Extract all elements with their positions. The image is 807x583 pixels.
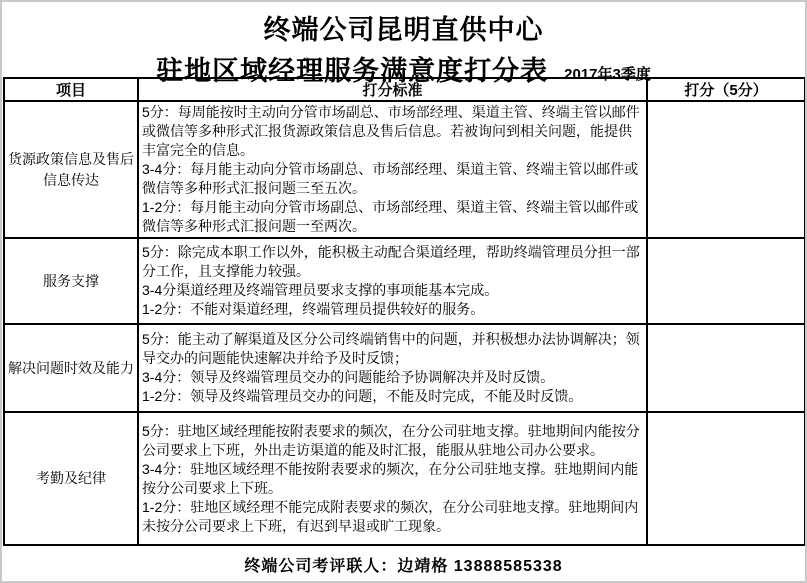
table-row: 服务支撑 5分：除完成本职工作以外，能积极主动配合渠道经理，帮助终端管理员分担一… bbox=[4, 238, 805, 324]
criteria-line: 5分：除完成本职工作以外，能积极主动配合渠道经理，帮助终端管理员分担一部分工作，… bbox=[142, 243, 643, 281]
item-label: 解决问题时效及能力 bbox=[4, 324, 138, 412]
score-input-cell[interactable] bbox=[647, 238, 805, 324]
criteria-line: 1-2分：每月能主动向分管市场副总、市场部经理、渠道主管、终端主管以邮件或微信等… bbox=[142, 198, 643, 236]
criteria-line: 1-2分：不能对渠道经理，终端管理员提供较好的服务。 bbox=[142, 300, 643, 319]
score-table: 项目 打分标准 打分（5分） 货源政策信息及售后信息传达 5分：每周能按时主动向… bbox=[3, 77, 806, 546]
item-label: 货源政策信息及售后信息传达 bbox=[4, 101, 138, 238]
table-row: 货源政策信息及售后信息传达 5分：每周能按时主动向分管市场副总、市场部经理、渠道… bbox=[4, 101, 805, 238]
criteria-line: 3-4分：领导及终端管理员交办的问题能给予协调解决并及时反馈。 bbox=[142, 368, 643, 387]
page-title-line2: 驻地区域经理服务满意度打分表 bbox=[156, 49, 548, 88]
score-input-cell[interactable] bbox=[647, 324, 805, 412]
item-label: 考勤及纪律 bbox=[4, 412, 138, 545]
criteria-line: 5分：每周能按时主动向分管市场副总、市场部经理、渠道主管、终端主管以邮件或微信等… bbox=[142, 103, 643, 160]
header-item: 项目 bbox=[4, 78, 138, 101]
header-row: 项目 打分标准 打分（5分） bbox=[4, 78, 805, 101]
table-row: 解决问题时效及能力 5分：能主动了解渠道及区分公司终端销售中的问题，并积极想办法… bbox=[4, 324, 805, 412]
criteria-cell: 5分：驻地区域经理能按附表要求的频次，在分公司驻地支撑。驻地期间内能按分公司要求… bbox=[138, 412, 647, 545]
header-score: 打分（5分） bbox=[647, 78, 805, 101]
document-page: 终端公司昆明直供中心 驻地区域经理服务满意度打分表 2017年3季度 项目 打分… bbox=[0, 0, 807, 583]
page-title-line1: 终端公司昆明直供中心 bbox=[2, 2, 805, 47]
criteria-cell: 5分：能主动了解渠道及区分公司终端销售中的问题，并积极想办法协调解决；领导交办的… bbox=[138, 324, 647, 412]
criteria-line: 3-4分：每月能主动向分管市场副总、市场部经理、渠道主管、终端主管以邮件或微信等… bbox=[142, 160, 643, 198]
score-input-cell[interactable] bbox=[647, 101, 805, 238]
evaluator-contact: 终端公司考评联人：边靖格 13888585338 bbox=[244, 553, 562, 576]
criteria-line: 5分：能主动了解渠道及区分公司终端销售中的问题，并积极想办法协调解决；领导交办的… bbox=[142, 330, 643, 368]
criteria-line: 3-4分渠道经理及终端管理员要求支撑的事项能基本完成。 bbox=[142, 281, 643, 300]
criteria-cell: 5分：每周能按时主动向分管市场副总、市场部经理、渠道主管、终端主管以邮件或微信等… bbox=[138, 101, 647, 238]
title-block: 终端公司昆明直供中心 驻地区域经理服务满意度打分表 2017年3季度 bbox=[2, 2, 805, 77]
item-label: 服务支撑 bbox=[4, 238, 138, 324]
criteria-line: 3-4分：驻地区域经理不能按附表要求的频次，在分公司驻地支撑。驻地期间内能按分公… bbox=[142, 460, 643, 498]
report-period: 2017年3季度 bbox=[564, 63, 651, 88]
criteria-line: 1-2分：领导及终端管理员交办的问题，不能及时完成，不能及时反馈。 bbox=[142, 387, 643, 406]
footer-block: 终端公司考评联人：边靖格 13888585338 bbox=[2, 546, 805, 582]
score-input-cell[interactable] bbox=[647, 412, 805, 545]
criteria-cell: 5分：除完成本职工作以外，能积极主动配合渠道经理，帮助终端管理员分担一部分工作，… bbox=[138, 238, 647, 324]
criteria-line: 5分：驻地区域经理能按附表要求的频次，在分公司驻地支撑。驻地期间内能按分公司要求… bbox=[142, 422, 643, 460]
criteria-line: 1-2分：驻地区域经理不能完成附表要求的频次，在分公司驻地支撑。驻地期间内未按分… bbox=[142, 498, 643, 536]
table-row: 考勤及纪律 5分：驻地区域经理能按附表要求的频次，在分公司驻地支撑。驻地期间内能… bbox=[4, 412, 805, 545]
